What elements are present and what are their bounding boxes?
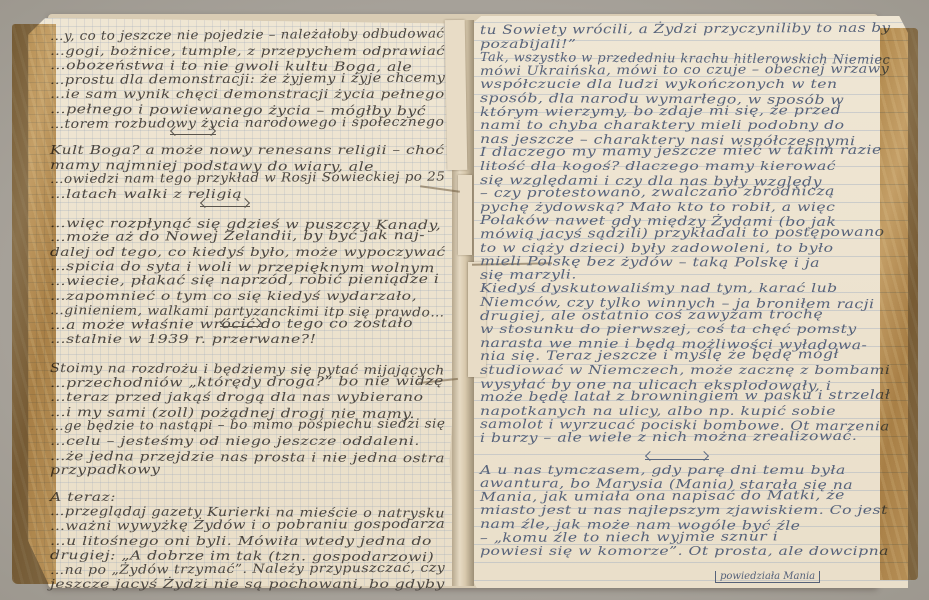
handwritten-line: w stosunku do pierwszej, coś ta chęć pom…: [480, 321, 857, 336]
torn-scrap: [458, 175, 472, 255]
handwritten-line: mówią jacyś sądzili) przykładali to post…: [480, 224, 885, 241]
handwritten-line: – czy protestowano, zwalczano zbrodniczą: [480, 183, 835, 200]
handwritten-line: …może aż do Nowej Zelandii, by być jak n…: [50, 227, 425, 244]
handwritten-line: litość dla kogoś? dlaczego mamy kierować: [480, 158, 836, 173]
double-arrow-icon: [220, 326, 262, 327]
handwritten-line: …y, co to jeszcze nie pojedzie – należał…: [50, 25, 444, 43]
handwritten-line: …celu – jesteśmy od niego jeszcze oddale…: [50, 433, 420, 448]
handwritten-line: …przechodniów „którędy droga?” bo nie wi…: [50, 372, 444, 389]
handwritten-line: …ge będzie to nastąpi – bo mimo pośpiech…: [50, 416, 446, 434]
handwritten-line: może będę latał z browningiem w pasku i …: [480, 387, 891, 404]
handwritten-line: którym wierzymy, bo zdaje mi się, że prz…: [480, 102, 841, 119]
handwritten-line: …wiecie, płakać się naprzód, robić pieni…: [50, 271, 439, 288]
double-arrow-icon: [645, 459, 709, 460]
handwritten-line: Mania, jak umiała ona napisać do Matki, …: [480, 487, 845, 504]
handwritten-line: …a może właśnie wrócić do tego co został…: [50, 315, 413, 332]
margin-annotation: powiedziała Mania: [715, 571, 820, 583]
handwritten-line: …u litośnego oni byli. Mówiła wtedy jedn…: [50, 533, 432, 548]
handwritten-line: Kiedyś dyskutowaliśmy nad tym, karać lub: [480, 280, 838, 295]
handwritten-line: …ważni wywyżkę Żydów i o pobraniu gospod…: [50, 516, 445, 533]
tape-strip-left: [12, 24, 56, 584]
handwritten-line: …gogi, bożnice, tumple, z przepychem odp…: [50, 43, 445, 58]
handwritten-line: A teraz:: [50, 489, 116, 504]
handwritten-line: mówi Ukraińska, mówi to co czuje – obecn…: [480, 60, 889, 77]
handwritten-line: powiesi się w komorze”. Ot prosta, ale d…: [480, 543, 889, 558]
handwritten-line: współczucie dla ludzi wykończonych w ten: [480, 76, 838, 91]
handwritten-line: …zapomnieć o tym co się kiedyś wydarzało…: [50, 288, 417, 303]
handwritten-line: I dlaczego my mamy jeszcze mieć w takim …: [480, 142, 882, 159]
double-arrow-icon: [200, 206, 250, 207]
torn-scrap: [445, 20, 468, 170]
handwritten-line: miasto jest u nas najlepszym zjawiskiem.…: [480, 502, 888, 517]
handwritten-line: nami to chyba charaktery mieli podobny d…: [480, 117, 845, 132]
handwritten-line: drugiej, ale ostatnio coś zawyżam trochę: [480, 306, 823, 323]
handwritten-line: studiować w Niemczech, może zacznę z bom…: [480, 362, 890, 377]
handwritten-line: …prostu dla demonstracji: że żyjemy i ży…: [50, 69, 445, 86]
handwritten-line: nia się. Teraz jeszcze i myślę że będę m…: [480, 346, 839, 363]
handwritten-line: …na po „Żydów trzymać”. Należy przypuszc…: [50, 559, 445, 576]
tape-strip-right: [880, 28, 918, 580]
handwritten-line: …ie sam wynik chęci demonstracji życia p…: [50, 86, 445, 101]
handwritten-line: …teraz przed jakąś drogą dla nas wybiera…: [50, 389, 423, 404]
handwritten-line: jeszcze jacyś Żydzi nie są pochowani, bo…: [50, 576, 445, 591]
handwritten-line: …torem rozbudowy życia narodowego i społ…: [50, 113, 445, 130]
handwritten-line: …latach walki z religią: [50, 186, 242, 201]
double-arrow-icon: [170, 134, 216, 135]
handwritten-line: i burzy – ale wiele z nich można zrealiz…: [480, 428, 857, 445]
handwritten-line: – „komu źle to niech wyjmie sznur i: [480, 528, 778, 545]
handwritten-line: Kult Boga? a może nowy renesans religii …: [50, 142, 445, 157]
handwritten-line: tu Sowiety wrócili, a Żydzi przyczynilib…: [480, 20, 891, 37]
handwritten-line: dalej od tego, co kiedyś było, może wypo…: [50, 244, 446, 259]
handwritten-line: …owiedzi nam tego przykład w Rosji Sowie…: [50, 169, 445, 187]
handwritten-line: przypadkowy: [50, 462, 161, 478]
handwritten-line: …stalnie w 1939 r. przerwane?!: [50, 331, 316, 346]
